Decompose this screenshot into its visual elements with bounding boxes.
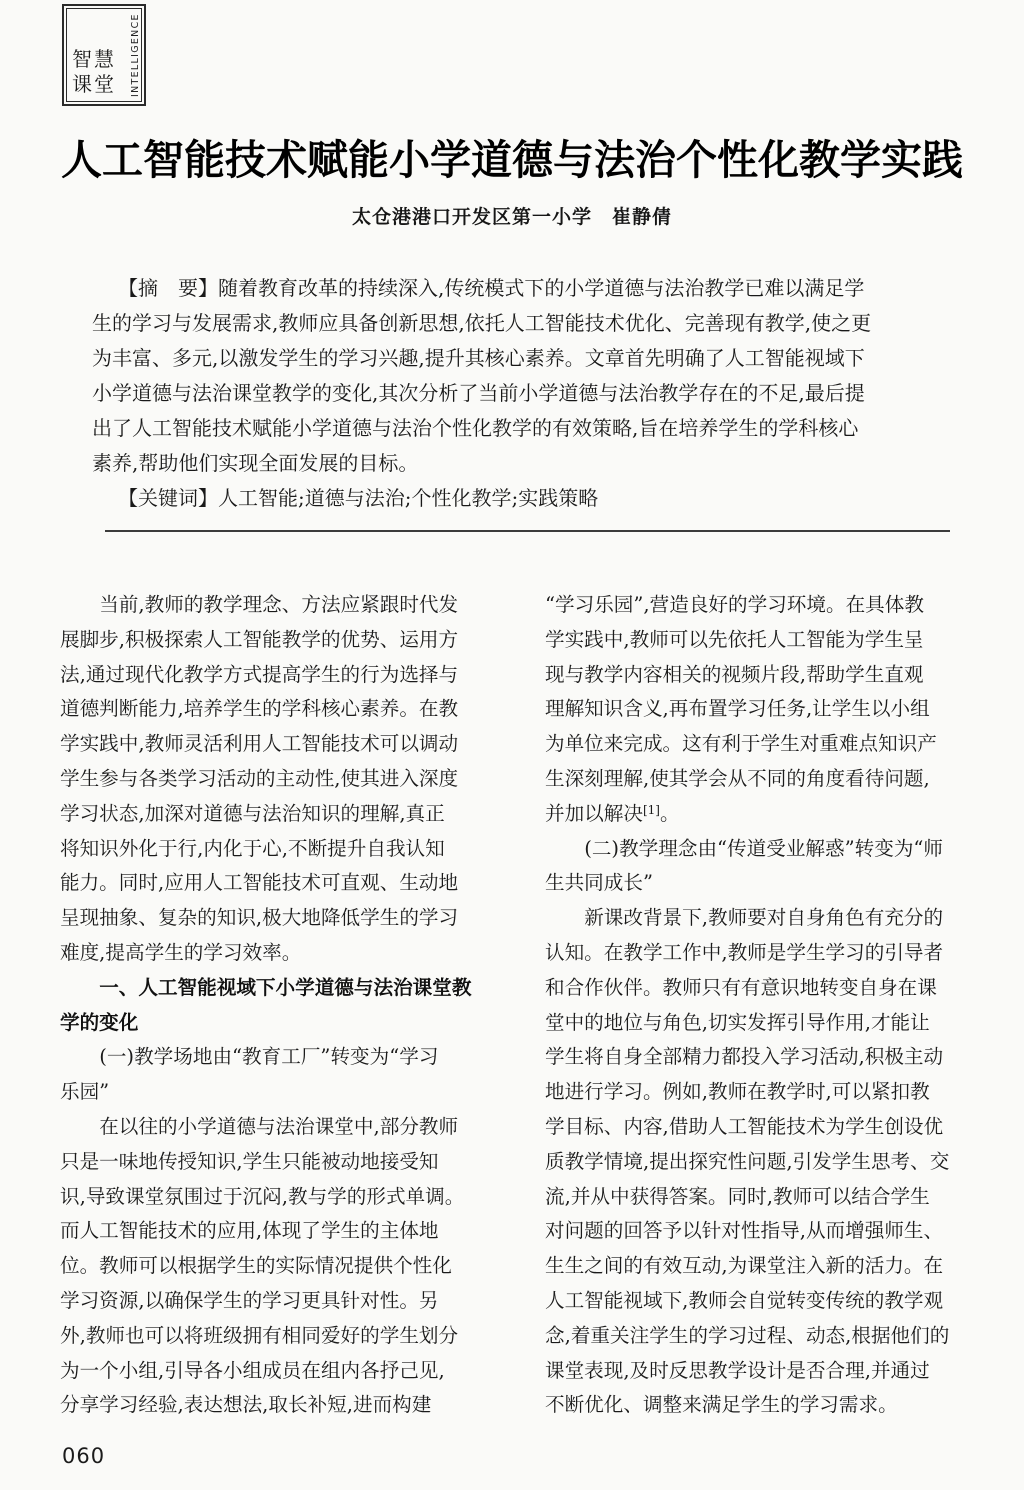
journal-name-english: INTELLIGENCE (129, 9, 141, 101)
subsection-heading-1: (一)教学场地由“教育工厂”转变为“学习 乐园” (60, 1040, 515, 1110)
page-number: 060 (62, 1444, 105, 1468)
paragraph-text-end: 。 (660, 802, 680, 825)
journal-logo-frame: 智慧 课堂 INTELLIGENCE (66, 8, 142, 102)
paper-page: 智慧 课堂 INTELLIGENCE 人工智能技术赋能小学道德与法治个性化教学实… (0, 0, 1024, 1490)
citation-ref-1: [1] (643, 803, 660, 817)
right-column: “学习乐园”,营造良好的学习环境。在具体教 学实践中,教师可以先依托人工智能为学… (545, 588, 982, 1423)
two-column-body: 当前,教师的教学理念、方法应紧跟时代发 展脚步,积极探索人工智能教学的优势、运用… (60, 588, 982, 1423)
journal-name-chinese: 智慧 课堂 (67, 47, 116, 101)
keywords-line: 【关键词】人工智能;道德与法治;个性化教学;实践策略 (92, 481, 956, 516)
journal-logo: 智慧 课堂 INTELLIGENCE (62, 4, 146, 106)
body-paragraph-intro: 当前,教师的教学理念、方法应紧跟时代发 展脚步,积极探索人工智能教学的优势、运用… (60, 588, 515, 971)
author-affiliation: 太仓港港口开发区第一小学 崔静倩 (0, 204, 1024, 231)
paragraph-text: “学习乐园”,营造良好的学习环境。在具体教 学实践中,教师可以先依托人工智能为学… (545, 593, 937, 825)
article-title: 人工智能技术赋能小学道德与法治个性化教学实践 (30, 134, 994, 186)
abstract-paragraph: 【摘 要】随着教育改革的持续深入,传统模式下的小学道德与法治教学已难以满足学 生… (92, 271, 956, 481)
left-column: 当前,教师的教学理念、方法应紧跟时代发 展脚步,积极探索人工智能教学的优势、运用… (60, 588, 515, 1423)
subsection-heading-2: (二)教学理念由“传道受业解惑”转变为“师 生共同成长” (545, 832, 982, 902)
body-paragraph: 新课改背景下,教师要对自身角色有充分的 认知。在教学工作中,教师是学生学习的引导… (545, 901, 982, 1423)
body-paragraph: 在以往的小学道德与法治课堂中,部分教师 只是一味地传授知识,学生只能被动地接受知… (60, 1110, 515, 1423)
section-divider (105, 530, 950, 532)
section-heading-1: 一、人工智能视域下小学道德与法治课堂教 学的变化 (60, 971, 515, 1041)
body-paragraph-continued: “学习乐园”,营造良好的学习环境。在具体教 学实践中,教师可以先依托人工智能为学… (545, 588, 982, 832)
